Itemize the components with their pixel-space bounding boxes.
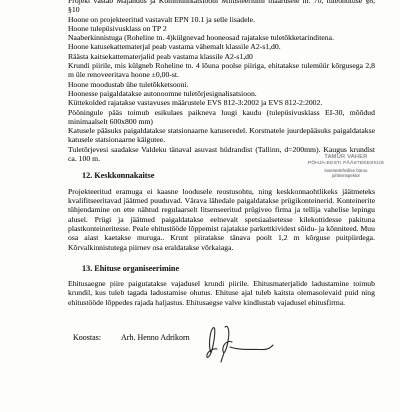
- section-12-paragraph: Projekteeritud eramuga ei kaasne looduse…: [68, 187, 375, 252]
- fire-safety-statement: Projekt vastab Majandus ja Kommunikatsio…: [68, 0, 375, 15]
- fire-safety-statement: Räästa kaitsekattematerjalid peab vastam…: [68, 52, 375, 61]
- fire-safety-statement: Krundi piirile, mis külgneb Roheline tn.…: [68, 61, 375, 80]
- fire-safety-statement: Hoonesse paigaldatakse autonoomne tuletõ…: [68, 89, 375, 98]
- scanned-document-page: Projekt vastab Majandus ja Kommunikatsio…: [0, 0, 400, 412]
- fire-safety-statement: Naaberkinnistuga (Roheline tn. 4)külgnev…: [68, 33, 375, 42]
- compiled-by-label: Koostas:: [73, 333, 121, 343]
- stamp-title: juhtivinspektor: [298, 173, 394, 178]
- fire-safety-statement: Katusele pääsuks paigaldatakse statsiona…: [68, 126, 375, 145]
- fire-safety-statement: Hoone moodustab ühe tuletõkketsooni.: [68, 80, 375, 89]
- fire-safety-statement: Hoone katusekattematerjal peab vastama v…: [68, 42, 375, 51]
- section-13-heading: 13. Ehituse organiseerimine: [82, 264, 375, 274]
- inspector-stamp: TAMUR VAHER PÕHJA-EESTI PÄÄSTEKESKUS ins…: [298, 154, 394, 179]
- stamp-organization: PÕHJA-EESTI PÄÄSTEKESKUS: [298, 161, 394, 168]
- fire-safety-statement: Küttekolded rajatakse vastavuses määrust…: [68, 98, 375, 107]
- author-name: Arh. Henno Adrikorn: [121, 333, 190, 343]
- fire-safety-statement: Hoone tulepüsivusklass on TP 2: [68, 24, 375, 33]
- signature-scribble: [198, 322, 274, 364]
- section-13-paragraph: Ehitusaegne piire paigutatakse vajadusel…: [68, 279, 375, 307]
- fire-safety-statement: Pööningule pääs toimub esikulaes paiknev…: [68, 108, 375, 127]
- fire-safety-statement: Hoone on projekteeritud vastavalt EPN 10…: [68, 15, 375, 24]
- fire-safety-statements: Projekt vastab Majandus ja Kommunikatsio…: [68, 0, 375, 163]
